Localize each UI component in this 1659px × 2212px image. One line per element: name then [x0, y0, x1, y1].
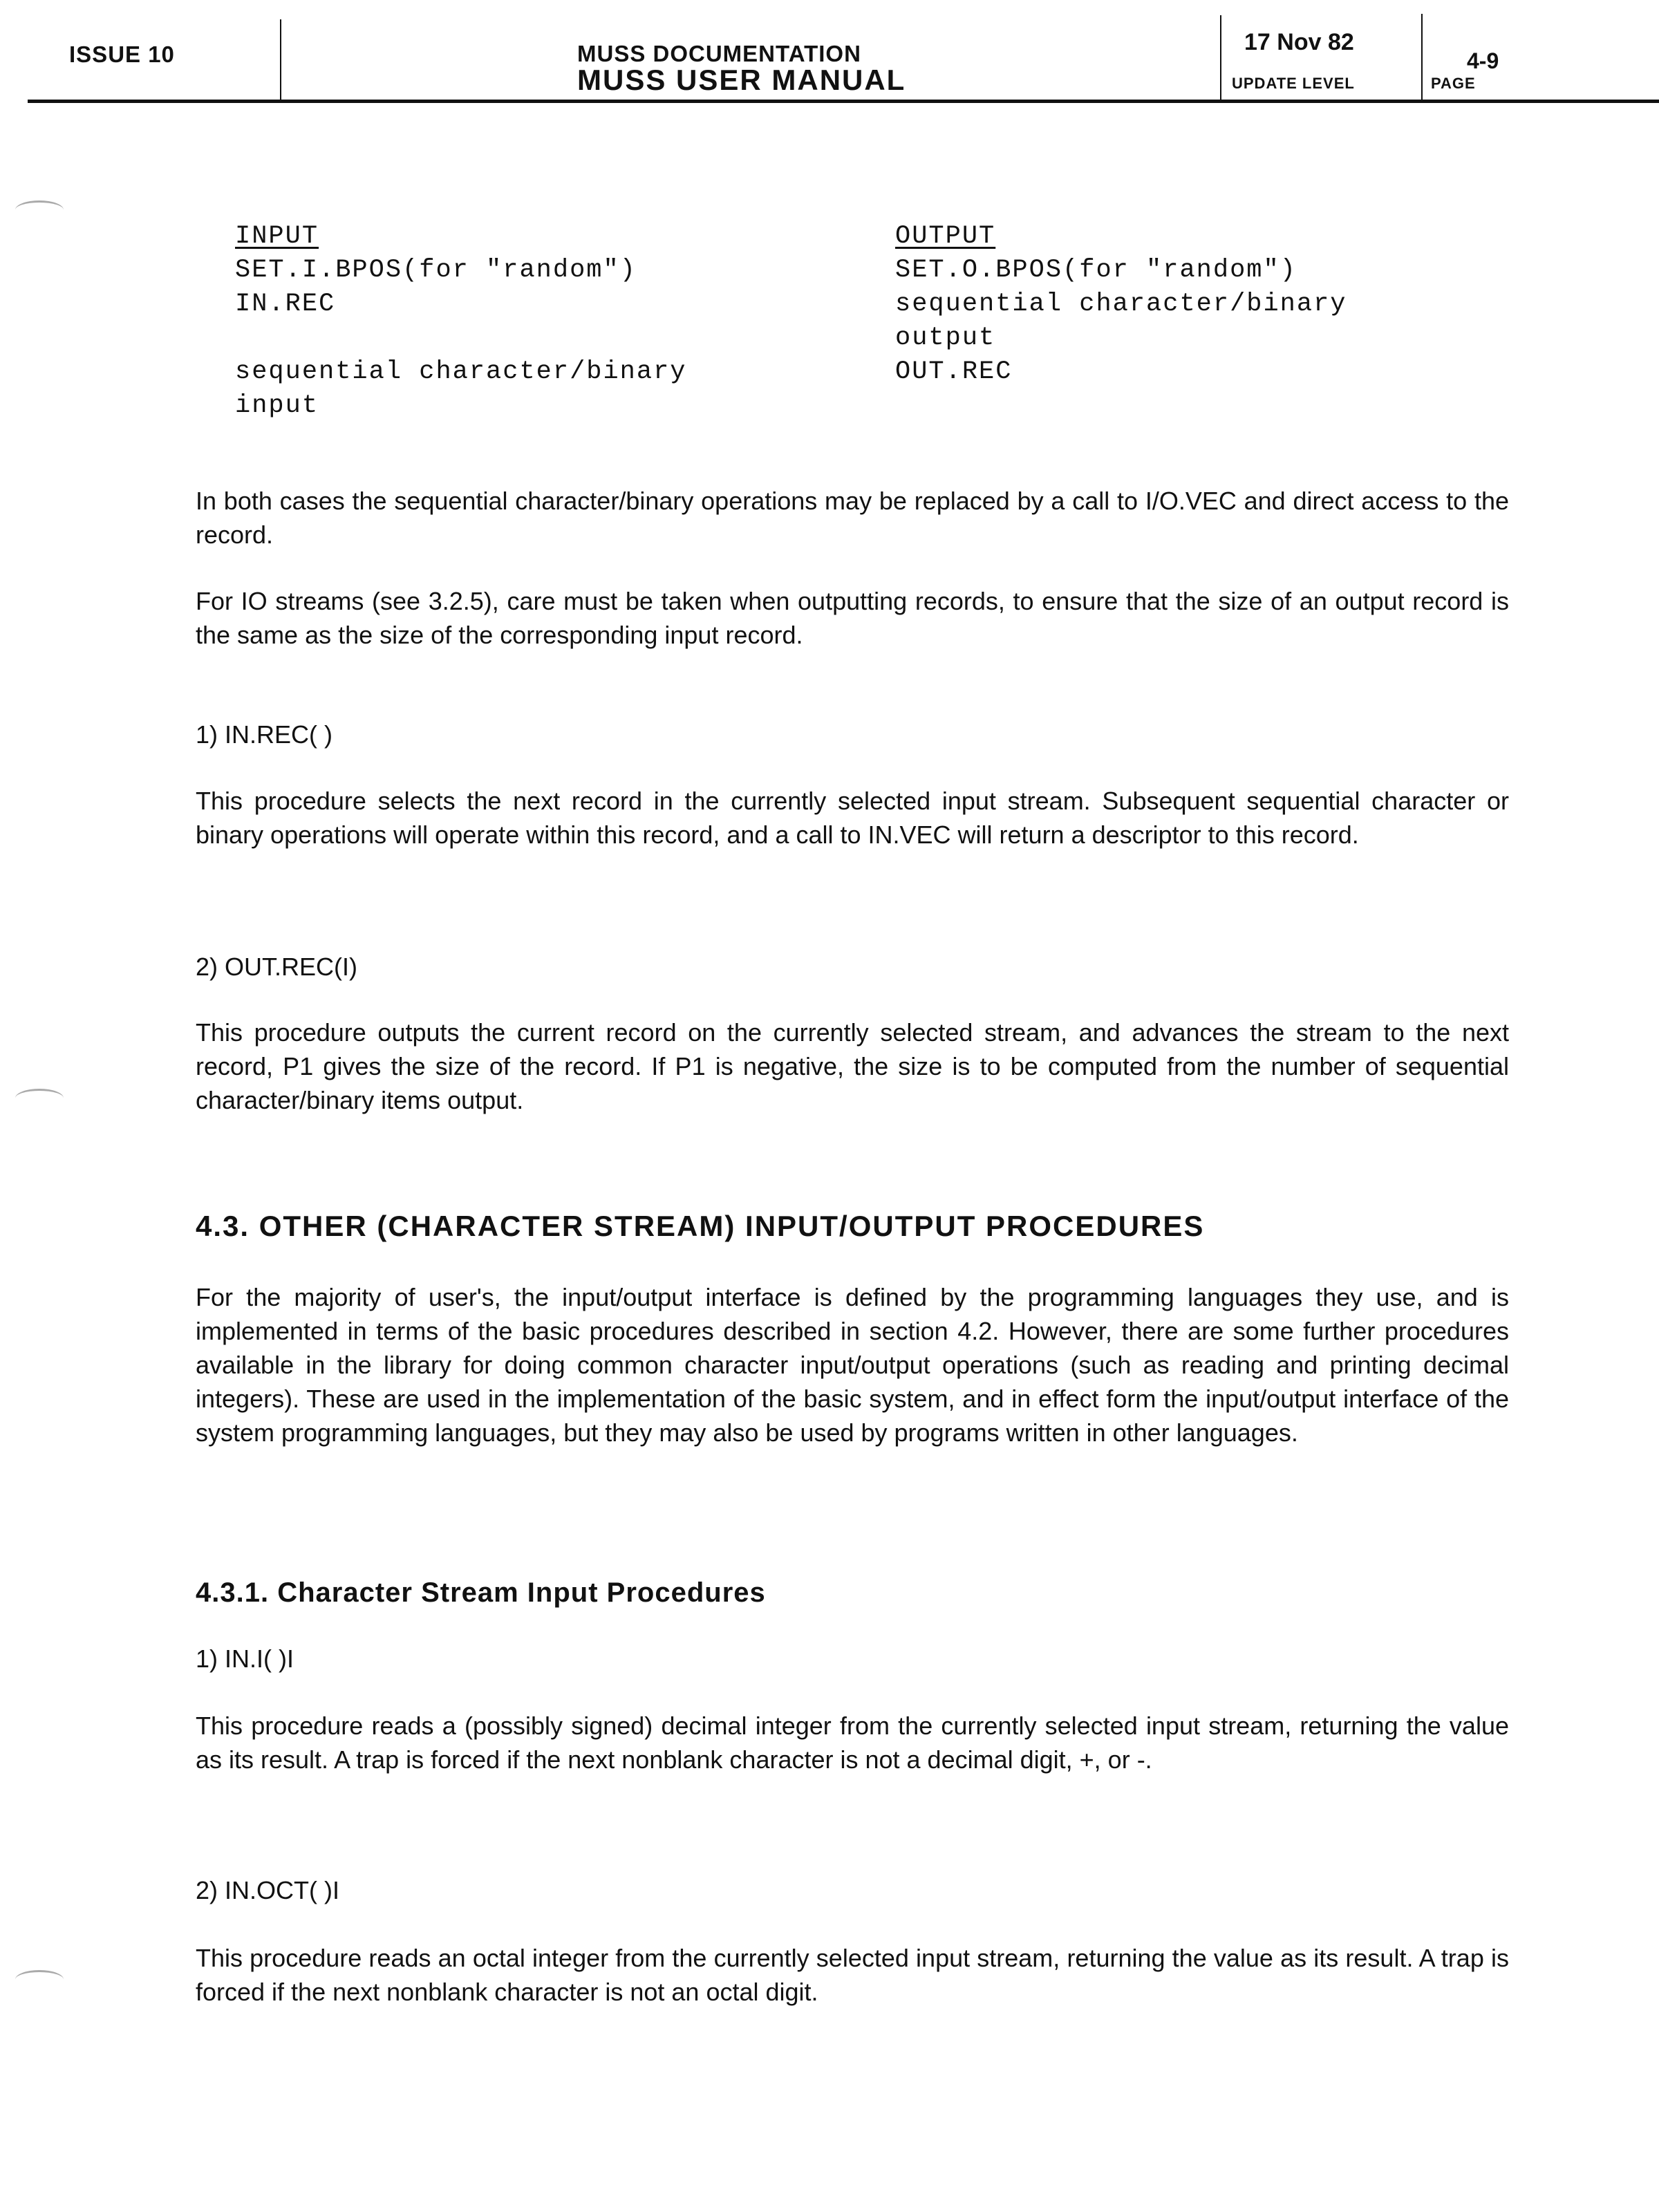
- punch-mark: [15, 1089, 64, 1107]
- update-date: 17 Nov 82: [1244, 29, 1354, 56]
- documentation-title: MUSS DOCUMENTATION: [577, 41, 906, 66]
- paragraph-both-cases: In both cases the sequential character/b…: [196, 484, 1509, 552]
- issue-number: ISSUE 10: [69, 41, 175, 68]
- procedure-in-i-title: 1) IN.I( )I: [196, 1642, 294, 1676]
- procedure-in-oct-description: This procedure reads an octal integer fr…: [196, 1941, 1509, 2009]
- output-column: OUTPUT SET.O.BPOS(for "random") sequenti…: [895, 220, 1347, 389]
- header-divider: [1220, 15, 1221, 101]
- document-title-block: MUSS DOCUMENTATION MUSS USER MANUAL: [577, 41, 906, 94]
- output-heading: OUTPUT: [895, 220, 1347, 254]
- procedure-out-rec-description: This procedure outputs the current recor…: [196, 1015, 1509, 1117]
- code-line: output: [895, 321, 1347, 355]
- code-line: input: [235, 389, 687, 423]
- punch-mark: [15, 1970, 64, 1989]
- code-line: OUT.REC: [895, 355, 1347, 389]
- code-line: SET.O.BPOS(for "random"): [895, 254, 1347, 288]
- section-4-3-1-heading: 4.3.1. Character Stream Input Procedures: [196, 1577, 766, 1609]
- page-label: PAGE: [1431, 75, 1476, 93]
- header-divider: [1421, 14, 1423, 101]
- header-divider: [280, 19, 281, 101]
- code-line: SET.I.BPOS(for "random"): [235, 254, 687, 288]
- procedure-in-rec-title: 1) IN.REC( ): [196, 718, 332, 751]
- code-line: sequential character/binary: [895, 288, 1347, 321]
- paragraph-io-streams: For IO streams (see 3.2.5), care must be…: [196, 584, 1509, 652]
- procedure-in-oct-title: 2) IN.OCT( )I: [196, 1873, 339, 1907]
- section-4-3-heading: 4.3. OTHER (CHARACTER STREAM) INPUT/OUTP…: [196, 1210, 1204, 1243]
- update-level-label: UPDATE LEVEL: [1232, 75, 1355, 93]
- header-rule: [28, 100, 1659, 103]
- punch-mark: [15, 200, 64, 219]
- input-heading: INPUT: [235, 220, 687, 254]
- page-number: 4-9: [1467, 48, 1499, 74]
- section-4-3-paragraph: For the majority of user's, the input/ou…: [196, 1280, 1509, 1450]
- procedure-in-i-description: This procedure reads a (possibly signed)…: [196, 1709, 1509, 1777]
- procedure-out-rec-title: 2) OUT.REC(I): [196, 950, 357, 984]
- procedure-in-rec-description: This procedure selects the next record i…: [196, 784, 1509, 852]
- input-column: INPUT SET.I.BPOS(for "random") IN.REC se…: [235, 220, 687, 423]
- manual-title: MUSS USER MANUAL: [577, 66, 906, 94]
- page-header: ISSUE 10 MUSS DOCUMENTATION MUSS USER MA…: [0, 0, 1659, 104]
- code-line: IN.REC: [235, 288, 687, 321]
- code-line: [235, 321, 687, 355]
- code-line: sequential character/binary: [235, 355, 687, 389]
